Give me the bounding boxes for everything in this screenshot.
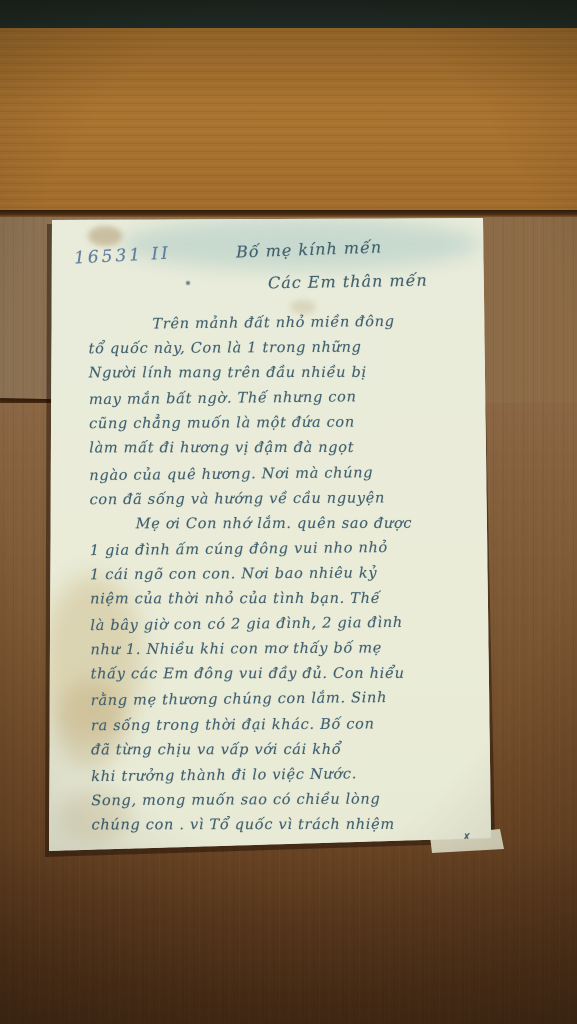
letter-line: là bây giờ con có 2 gia đình, 2 gia đình: [90, 610, 494, 639]
letter-line: như 1. Nhiều khi con mơ thấy bố mẹ: [90, 636, 494, 664]
letter-line: làm mất đi hương vị đậm đà ngọt: [89, 436, 493, 462]
letter-line: chúng con . vì Tổ quốc vì trách nhiệm: [92, 813, 496, 839]
letter-line: ra sống trong thời đại khác. Bố con: [91, 711, 495, 739]
letter-line: thấy các Em đông vui đầy đủ. Con hiểu: [91, 662, 495, 688]
letter-line: tổ quốc này, Con là 1 trong những: [89, 335, 493, 363]
letter-line: khi trưởng thành đi lo việc Nước.: [91, 761, 495, 790]
letter-line: cũng chẳng muốn là một đứa con: [89, 410, 493, 438]
letter-line: 1 cái ngõ con con. Nơi bao nhiêu kỷ: [90, 561, 494, 589]
letter-line: Song, mong muốn sao có chiều lòng: [91, 787, 495, 815]
letter-line: 1 gia đình ấm cúng đông vui nho nhỏ: [90, 535, 494, 564]
catalog-number: 16531 II: [74, 243, 172, 268]
brown-stain: [88, 226, 122, 246]
letter-line: Trên mảnh đất nhỏ miền đông: [88, 309, 492, 338]
letter-line: niệm của thời nhỏ của tình bạn. Thế: [90, 587, 494, 613]
letter-line: rằng mẹ thương chúng con lắm. Sinh: [91, 685, 495, 714]
letter-line: Mẹ ơi Con nhớ lắm. quên sao được: [90, 511, 494, 537]
letter-body: Trên mảnh đất nhỏ miền đông tổ quốc này,…: [88, 310, 495, 839]
letter-line: Người lính mang trên đầu nhiều bị: [89, 361, 493, 387]
ink-dot: [186, 281, 190, 285]
letter-line: con đã sống và hướng về cầu nguyện: [89, 485, 493, 513]
letter-line: ngào của quê hương. Nơi mà chúng: [89, 459, 493, 488]
wood-plank-upper: [0, 28, 577, 218]
wood-plank-seam: [0, 210, 577, 217]
letter-photo: 16531 II Bố mẹ kính mến Các Em thân mến …: [0, 0, 577, 1024]
salutation-siblings: Các Em thân mến: [268, 271, 428, 293]
letter-line: đã từng chịu va vấp với cái khổ: [91, 737, 495, 763]
letter-line: may mắn bất ngờ. Thế nhưng con: [89, 384, 493, 413]
